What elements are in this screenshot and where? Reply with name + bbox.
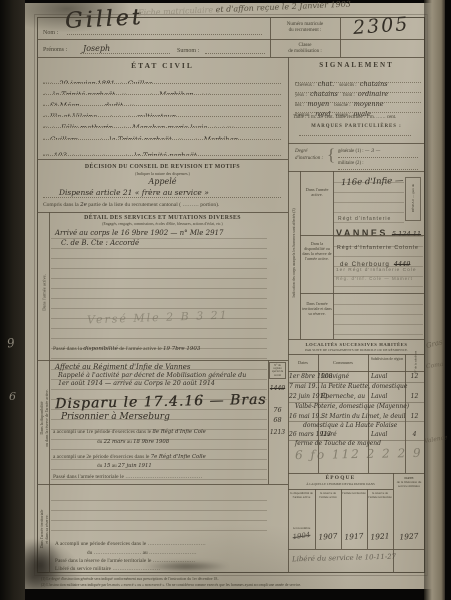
margin-mark-2: 6 [9,390,16,403]
vannes-stamp-line2: VANNES 5-124-11 [336,223,421,241]
registry-number-label: N° du registre spécial du recrutt [270,363,285,377]
network-station-label: RÉSEAU — gare de [411,172,415,224]
divider [300,235,425,236]
second-exercise-period-2: du 15 au 27 juin 1911 [97,463,152,469]
locality-subdivision: Laval [371,373,403,380]
divider [288,339,425,340]
locality-commune: St Martin du Limet, le deuil [321,413,405,420]
etat-civil-title: ÉTAT CIVIL [37,61,288,70]
record-sheet: Nom : Gillet Numéro matriculedu recrutem… [25,3,445,589]
ruled-lines [334,295,423,337]
distinctive-marks-label: MARQUES PARTICULIÈRES : [288,124,425,129]
vannes-stamp-number-struck: 5-124-11 [392,230,421,238]
service-entry-mobilisation-1: Rappelé à l'activité par décret de Mobil… [58,372,246,379]
firstnames-label: Prénoms : [43,47,67,53]
exercise-period-blank: A accompli une période d'exercices dans … [55,541,206,547]
divider [37,159,288,160]
margin-mark-1: 9 [6,336,16,351]
epoque-date-rest: de la libération du service militaire [397,480,422,488]
divider [300,171,301,339]
etat-civil-line-2: de la Trinité porhoët, département de Mo… [43,84,281,95]
exemption-mention: Dispensé article 21 « frère au service » [59,188,209,197]
divider [37,360,288,361]
adjacent-page-edge: Gras Coma Valence [424,0,445,600]
etat-civil-line-5: fils de Félix mathurin et de Manchon mar… [43,117,281,128]
military-instruction-line: militaire (2) : [338,161,364,166]
footnote-2: (2) L'instruction militaire sera indiqué… [41,583,423,587]
services-subtitle: (Engagés, rengagés, commissions, écoles … [37,222,288,226]
locality-number: 4 [406,431,423,438]
divider [288,143,425,144]
locality-date: 22 juin 1910 [289,393,319,400]
service-entry-mobilisation-2: 1er août 1914 — arrivé au Corps le 20 ao… [58,380,215,387]
scanned-military-record: Nom : Gillet Numéro matriculedu recrutem… [0,0,451,600]
divider [340,17,341,57]
locality-subdivision: Laval [371,431,403,438]
territorial-transfer-line: Passé dans l'armée territoriale le ……………… [53,474,202,480]
locality-commune: domestique à La Haute Folaise [303,422,421,429]
locality-number: 12 [406,373,423,380]
vannes-stamp-line1: Régt d'infanterie [338,216,391,222]
divider [288,549,425,550]
divider [300,293,425,294]
ruled-lines [51,229,267,359]
epoque-printed-hint: 1er novembre [289,526,314,530]
signalement-row-2: yeux : chatainsfront : ordinaire [295,83,421,93]
general-instruction-line: générale (1) : — 3 — [338,149,380,154]
nickname-label: Surnom : [177,48,199,54]
locality-date: 1er 8bre 1908 [289,373,319,380]
footnote-1: (1) Le degré d'instruction générale sera… [41,577,423,581]
instruction-label-1: Degré [295,149,308,154]
service-entry-prisoner: Prisonnier à Merseburg [61,412,170,422]
signalement-row-1: Cheveux : chat.sourcils : chatains [295,73,421,83]
faded-stamp-2: Rég. d'Inf. Cole — Mamert [336,276,413,281]
ruleline [299,135,411,136]
vannes-stamp-name: VANNES [336,228,388,238]
etat-civil-line-4: d'Ille et Vilaine, profession de cultiva… [43,106,281,117]
scan-left-margin [0,0,25,600]
signalement-title: SIGNALEMENT [288,61,425,69]
corps-rotated-label: Indication des corps auxquels les hommes… [292,173,296,333]
matricule-label-line2: du recrutement : [289,28,322,33]
firstnames-ruleline [80,53,170,54]
list-part-line: Compris dans la 2e partie de la liste du… [43,202,219,208]
matricule-number: 2305 [352,13,410,39]
mobilization-class-label: Classede mobilisation : [271,43,339,55]
epoque-col-3-header: l'armée territoriale [342,492,366,496]
faded-stamp-1: 1er Régt d'Infanterie Cole [336,268,417,273]
etat-civil-line-3: à St Méen, canton dudit, département [43,95,281,106]
locality-subdivision: Laval [371,393,403,400]
active-army-side-label: Dans l'armée active. [42,253,47,333]
height-line: Taille : 1 m. 59 cent. Taille rectifiée … [293,115,396,120]
divider [288,171,425,172]
registry-number-4: 1213 [268,429,287,436]
signalement-row-4: menton : rondvisage : ovale [295,103,421,113]
edge-word-3: Valence [424,434,448,445]
edge-word-1: Gras [425,338,443,350]
epoque-value-reserve: 1907 [316,531,341,542]
locality-commune: Valbé-Poterie, domestique (Mayenne) [295,403,421,410]
edge-word-2: Coma [426,361,444,370]
epoque-date-col-header: DATEde la libération du service militair… [394,477,424,489]
epoque-value-territorial-reserve: 1921 [368,531,393,542]
signalement-row-3: nez : moyenbouche : moyenne [295,93,421,103]
first-exercise-period-1: a accompli une 1re période d'exercices d… [53,429,206,435]
locality-date: 7 mai 19.. [289,383,319,390]
etat-civil-line-6: à Guillers, canton de la Trinité porhoët… [43,129,281,140]
ink-smudge [143,561,229,572]
locality-number: 12 [406,413,423,420]
epoque-value-territorial: 1917 [342,531,367,542]
pencil-tally-marks: 6 ƒo 112 2 2 2 9 [295,446,423,462]
cherbourg-number-struck: 4449 [394,260,411,268]
epoque-col-1-header: la disponibilité de l'armée active [289,492,314,500]
firstnames-value: Joseph [83,44,110,53]
ruleline [43,197,281,198]
epoque-title: ÉPOQUE [288,475,393,481]
epoque-col-2-header: la réserve de l'armée active [316,492,340,500]
locality-number: 12 [406,393,423,400]
matricule-label: Numéro matriculedu recrutement : [271,22,339,34]
ruled-lines [51,491,267,536]
service-entry-affectation: Affecté au Régiment d'Infie de Vannes [55,363,191,371]
localities-col-communes: Communes [318,360,368,365]
service-entry-arrival: Arrivé au corps le 16 9bre 1902 — n° Mle… [55,229,223,237]
localities-col-dates: Dates [288,360,318,365]
service-entry-disponibilite: Passé dans la disponibilité de l'armée a… [53,346,200,352]
reserve-box-label: Dans la disponibilité ou dans la réserve… [302,241,332,261]
ruleline [338,157,418,158]
surname-value: Gillet [64,5,144,34]
registry-number-3: 68 [268,416,287,424]
localities-title: LOCALITÉS SUCCESSIVES HABITÉES [288,342,425,347]
localities-subtitle: PAR SUITE DE CHANGEMENTS DE DOMICILE OU … [288,348,425,352]
divider [37,212,288,213]
classe-label-line1: Classe [298,43,311,48]
divider [37,484,288,485]
instruction-label-2: d'instruction : [295,156,323,161]
service-entry-certificate: C. de B. Cte : Accordé [61,239,139,247]
draw-number-line: N° 103 de tirage dans le canton de la Tr… [43,145,281,156]
divider [37,39,425,40]
services-title: DÉTAIL DES SERVICES ET MUTATIONS DIVERSE… [37,215,288,221]
divider [288,473,425,474]
surname-ruleline [67,34,262,35]
first-exercise-period-2: du 22 mars au 18 9bre 1908 [97,439,169,445]
matricule-label-line1: Numéro matricule [287,22,324,27]
decision-mention: Appelé [37,177,288,186]
epoque-col-4-header: la réserve de l'armée territoriale [368,492,392,500]
locality-commune: la Petite Ruette, domestique [321,383,421,390]
locality-date: 26 mars 1913 [289,431,319,438]
locality-date: 16 mai 19.. [289,413,319,420]
epoque-subtitle: À LAQUELLE L'HOMME DEVRA PASSER DANS [288,482,393,486]
ruleline [338,169,418,170]
territorial-box-label: Dans l'armée territoriale et dans sa rés… [302,301,332,316]
brace-glyph: { [327,145,335,165]
reserve-side-label-2: ou dans la réserve de l'armée active. [44,389,49,447]
registry-number-box: N° du registre spécial du recrutt [269,362,286,379]
margin-label-divider [49,212,50,573]
reserve-side-label: Dans la disponibilitéou dans la réserve … [39,373,49,463]
active-army-box-label: Dans l'armée active. [302,187,332,198]
etat-civil-line-1: Né le 29 janvier 1881, à Guillac, canton [43,73,281,84]
revision-council-title: DÉCISION DU CONSEIL DE REVISION ET MOTIF… [37,164,288,170]
nickname-ruleline [205,53,265,54]
divider [37,57,425,58]
second-exercise-period-1: a accompli une 2e période d'exercices da… [53,454,206,460]
registry-number-2: 76 [268,406,287,414]
cherbourg-stamp: de Cherbourg [340,261,390,268]
localities-col-subdivision: Subdivision de région [369,357,405,361]
surname-label: Nom : [43,30,58,36]
revision-council-subtitle: (Indiquer la nature des dispenses.) [37,171,288,176]
registry-number-struck: 1449 [268,385,287,392]
colonial-stamp-line1: Régt d'Infanterie Colonle [337,245,419,251]
classe-label-line2: de mobilisation : [288,49,322,54]
exercise-period-blank-dates: du ……………………… au ……………………… [87,550,197,556]
